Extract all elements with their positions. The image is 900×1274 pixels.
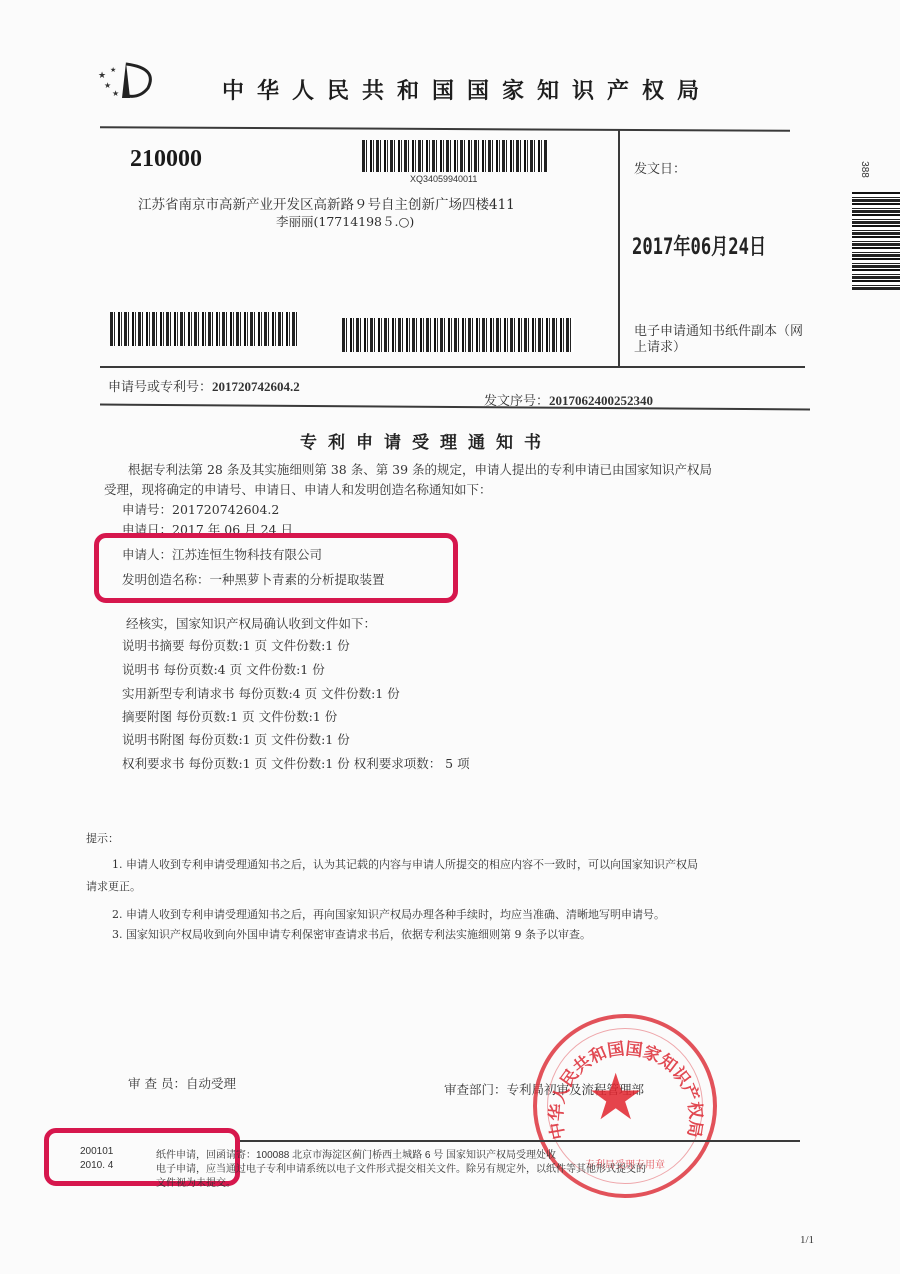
ref-bar-top xyxy=(100,366,805,368)
note-3: 3. 国家知识产权局收到向外国申请专利保密审查请求书后，依据专利法实施细则第 9… xyxy=(112,926,591,942)
side-barcode xyxy=(852,192,900,290)
document-item: 权利要求书 每份页数:1 页 文件份数:1 份 权利要求项数： 5 项 xyxy=(122,754,470,772)
header-divider xyxy=(100,126,790,132)
document-barcode-1 xyxy=(110,312,298,346)
document-barcode-2 xyxy=(342,318,574,352)
application-number: 201720742604.2 xyxy=(212,379,300,394)
note-2: 2. 申请人收到专利申请受理通知书之后，再向国家知识产权局办理各种手续时，均应当… xyxy=(112,906,665,922)
document-item: 实用新型专利请求书 每份页数:4 页 文件份数:1 份 xyxy=(122,684,400,702)
notice-intro-1: 根据专利法第 28 条及其实施细则第 38 条、第 39 条的规定，申请人提出的… xyxy=(128,460,712,478)
svg-text:★: ★ xyxy=(104,81,111,90)
documents-intro: 经核实，国家知识产权局确认收到文件如下： xyxy=(126,614,376,632)
application-number-label: 申请号或专利号： xyxy=(108,380,212,395)
footer-line-3: 文件视为未提交。 xyxy=(156,1174,236,1189)
ref-bar-bottom xyxy=(100,404,810,411)
side-code: 388 xyxy=(859,161,870,178)
document-item: 摘要附图 每份页数:1 页 文件份数:1 份 xyxy=(122,707,337,725)
barcode-text: XQ34059940011 xyxy=(410,174,477,184)
recipient-address: 江苏省南京市高新产业开发区高新路９号自主创新广场四楼411 xyxy=(138,193,515,213)
office-title: 中华人民共和国国家知识产权局 xyxy=(222,74,712,105)
svg-text:★: ★ xyxy=(110,66,116,74)
footer-line-2: 电子申请，应当通过电子专利申请系统以电子文件形式提交相关文件。除另有规定外，以纸… xyxy=(156,1160,646,1175)
document-item: 说明书摘要 每份页数:1 页 文件份数:1 份 xyxy=(122,636,350,654)
mail-barcode xyxy=(362,140,548,172)
footer-line-1: 纸件申请，回函请寄：100088 北京市海淀区蓟门桥西土城路 6 号 国家知识产… xyxy=(156,1146,556,1161)
svg-text:★: ★ xyxy=(112,89,119,98)
copy-note: 电子申请通知书纸件副本（网上请求） xyxy=(634,324,804,356)
notes-heading: 提示： xyxy=(86,830,119,846)
document-item: 说明书 每份页数:4 页 文件份数:1 份 xyxy=(122,660,325,678)
sipo-emblem-icon: ★ ★ ★ ★ xyxy=(96,58,166,102)
postcode: 210000 xyxy=(130,146,202,173)
page-number: 1/1 xyxy=(800,1234,814,1246)
note-1: 1. 申请人收到专利申请受理通知书之后，认为其记载的内容与申请人所提交的相应内容… xyxy=(112,856,698,872)
applicant-highlight-box xyxy=(94,533,458,603)
examiner: 审 查 员：自动受理 xyxy=(128,1074,236,1092)
notice-title: 专利申请受理通知书 xyxy=(300,428,552,453)
svg-text:中华人民共和国国家知识产权局: 中华人民共和国国家知识产权局 xyxy=(546,1039,707,1141)
issue-date: 2017年06月24日 xyxy=(632,230,766,261)
application-number-row: 申请号或专利号：201720742604.2 xyxy=(108,376,300,395)
recipient-name: 李丽丽(17714198５.○) xyxy=(276,212,414,230)
application-number-detail: 申请号：201720742604.2 xyxy=(122,500,279,518)
svg-text:★: ★ xyxy=(98,71,106,81)
serial-number: 2017062400252340 xyxy=(549,393,653,408)
document-item: 说明书附图 每份页数:1 页 文件份数:1 份 xyxy=(122,730,350,748)
note-1-cont: 请求更正。 xyxy=(86,878,141,894)
issue-box-divider xyxy=(618,130,620,366)
notice-intro-2: 受理，现将确定的申请号、申请日、申请人和发明创造名称通知如下： xyxy=(104,480,492,498)
issue-date-label: 发文日： xyxy=(634,158,686,177)
footer-divider xyxy=(240,1140,800,1142)
